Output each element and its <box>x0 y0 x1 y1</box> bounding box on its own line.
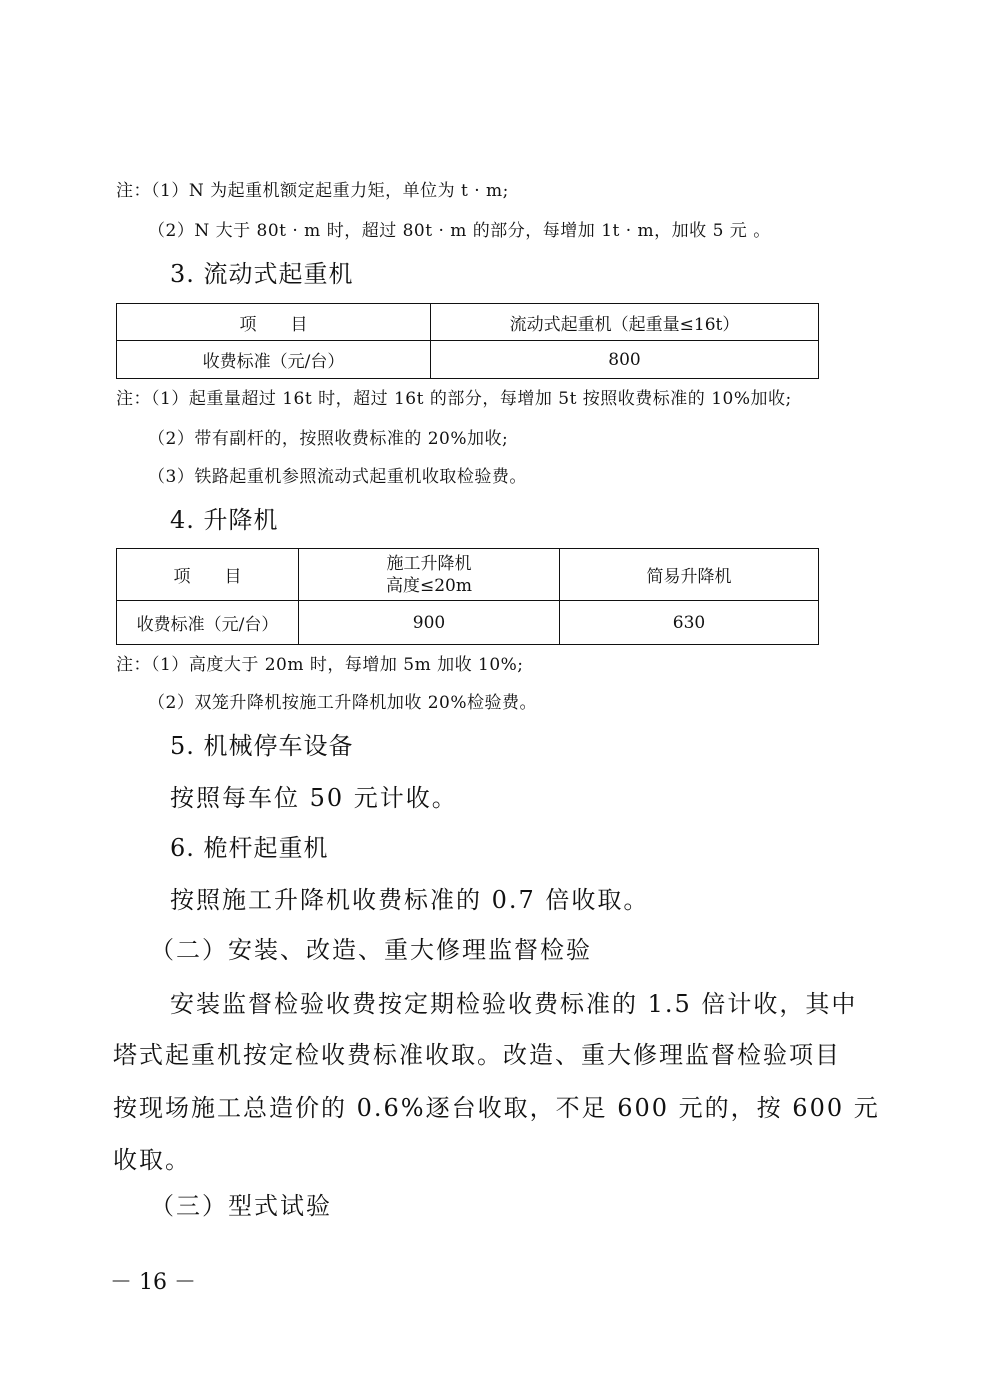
section-6-text: 按照施工升降机收费标准的 0.7 倍收取。 <box>170 880 649 915</box>
section-4-note-2: （2）双笼升降机按施工升降机加收 20%检验费。 <box>148 688 537 713</box>
part-3-heading: （三）型式试验 <box>150 1186 332 1221</box>
section-4-heading: 4. 升降机 <box>170 500 279 535</box>
section-6-heading: 6. 桅杆起重机 <box>170 828 329 863</box>
elevator-fee-table: 项 目 施工升降机 高度≤20m 简易升降机 收费标准（元/台） 900 630 <box>116 548 819 645</box>
table-cell-fee-label: 收费标准（元/台） <box>117 341 431 379</box>
section-3-note-3: （3）铁路起重机参照流动式起重机收取检验费。 <box>148 462 527 487</box>
part-2-line-4: 收取。 <box>113 1140 191 1175</box>
note-top-2: （2）N 大于 80t · m 时，超过 80t · m 的部分，每增加 1t … <box>148 216 771 241</box>
construction-elevator-height-limit: 高度≤20m <box>299 575 559 597</box>
section-5-heading: 5. 机械停车设备 <box>170 726 354 761</box>
table-header-item: 项 目 <box>117 549 299 601</box>
part-2-line-3: 按现场施工总造价的 0.6%逐台收取，不足 600 元的，按 600 元 <box>113 1088 880 1123</box>
section-4-note-1: 注：（1）高度大于 20m 时，每增加 5m 加收 10%; <box>116 650 524 675</box>
table-header-construction-elevator: 施工升降机 高度≤20m <box>299 549 560 601</box>
section-5-text: 按照每车位 50 元计收。 <box>170 778 458 813</box>
section-3-heading: 3. 流动式起重机 <box>170 254 354 289</box>
table-header-item: 项 目 <box>117 304 431 341</box>
table-cell-fee-label: 收费标准（元/台） <box>117 601 299 645</box>
table-cell-construction-fee: 900 <box>299 601 560 645</box>
page-number: － 16 － <box>110 1265 196 1296</box>
table-header-simple-elevator: 简易升降机 <box>560 549 819 601</box>
part-2-line-2: 塔式起重机按定检收费标准收取。改造、重大修理监督检验项目 <box>113 1035 841 1070</box>
table-cell-fee-value: 800 <box>431 341 819 379</box>
table-header-mobile-crane: 流动式起重机（起重量≤16t） <box>431 304 819 341</box>
table-cell-simple-fee: 630 <box>560 601 819 645</box>
part-2-line-1: 安装监督检验收费按定期检验收费标准的 1.5 倍计收，其中 <box>170 984 857 1019</box>
section-3-note-2: （2）带有副杆的，按照收费标准的 20%加收; <box>148 424 508 449</box>
section-3-note-1: 注：（1）起重量超过 16t 时，超过 16t 的部分，每增加 5t 按照收费标… <box>116 384 792 409</box>
part-2-heading: （二）安装、改造、重大修理监督检验 <box>150 930 592 965</box>
note-top-1: 注：（1）N 为起重机额定起重力矩，单位为 t · m; <box>116 176 509 201</box>
construction-elevator-label: 施工升降机 <box>299 553 559 575</box>
mobile-crane-fee-table: 项 目 流动式起重机（起重量≤16t） 收费标准（元/台） 800 <box>116 303 819 379</box>
